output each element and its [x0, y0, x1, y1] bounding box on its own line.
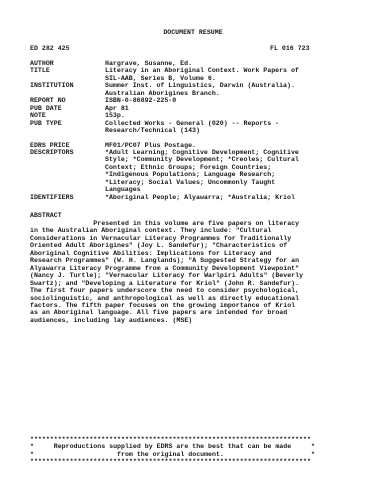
- field-value: *Literacy; Social Values; Uncommonly Tau…: [105, 179, 275, 186]
- field-value: 153p.: [105, 112, 125, 119]
- field-row-identifiers: IDENTIFIERS*Aboriginal People; Alyawarra…: [30, 194, 299, 201]
- field-label: DESCRIPTORS: [30, 149, 105, 156]
- abstract-line: (Nancy J. Turtle); "Vernacular Literacy …: [30, 272, 303, 279]
- field-row-pub-date: PUB DATEApr 81: [30, 105, 299, 112]
- field-label: [30, 186, 105, 193]
- footer-line: * from the original document. *: [30, 451, 315, 458]
- document-title: DOCUMENT RESUME: [0, 29, 386, 36]
- field-row-institution: INSTITUTIONSummer Inst. of Linguistics, …: [30, 82, 299, 89]
- abstract-label: ABSTRACT: [30, 212, 62, 219]
- field-value: Context; Ethnic Groups; Foreign Countrie…: [105, 164, 271, 171]
- section-gap: [30, 135, 299, 142]
- field-label: [30, 171, 105, 178]
- field-row-descriptors: *Literacy; Social Values; Uncommonly Tau…: [30, 179, 299, 186]
- abstract-line: Aboriginal Cognitive Abilities: Implicat…: [30, 250, 303, 257]
- field-label: PUB DATE: [30, 105, 105, 112]
- field-row-author: AUTHORHargrave, Susanne, Ed.: [30, 60, 299, 67]
- abstract-line: The first four papers underscore the nee…: [30, 287, 303, 294]
- abstract-line: Presented in this volume are five papers…: [30, 220, 303, 227]
- field-value: Literacy in an Aboriginal Context. Work …: [105, 67, 299, 74]
- abstract-line: Considerations in Vernacular Literacy Pr…: [30, 235, 303, 242]
- field-value: *Aboriginal People; Alyawarra; *Australi…: [105, 194, 295, 201]
- abstract-line: in the Australian Aboriginal context. Th…: [30, 227, 303, 234]
- abstract-line: as an Aboriginal language. All five pape…: [30, 309, 303, 316]
- fl-number: FL 016 723: [270, 45, 310, 52]
- ed-number: ED 282 425: [30, 45, 70, 52]
- abstract-line: audiences, including lay audiences. (MSE…: [30, 317, 303, 324]
- field-label: AUTHOR: [30, 60, 105, 67]
- field-row-descriptors: *Indigenous Populations; Language Resear…: [30, 171, 299, 178]
- field-value: Collected Works - General (020) -- Repor…: [105, 120, 279, 127]
- field-row-descriptors: Context; Ethnic Groups; Foreign Countrie…: [30, 164, 299, 171]
- field-row-title: SIL-AAB, Series B, Volume 6.: [30, 75, 299, 82]
- field-label: INSTITUTION: [30, 82, 105, 89]
- field-label: PUB TYPE: [30, 120, 105, 127]
- field-row-descriptors: DESCRIPTORS*Adult Learning; Cognitive De…: [30, 149, 299, 156]
- footer-line: ****************************************…: [30, 436, 315, 443]
- field-value: *Adult Learning; Cognitive Development; …: [105, 149, 299, 156]
- field-value: ISBN-0-86892-225-0: [105, 97, 176, 104]
- field-value: Languages: [105, 186, 141, 193]
- abstract-line: sociolinguistic, and anthropological as …: [30, 295, 303, 302]
- field-value: Summer Inst. of Linguistics, Darwin (Aus…: [105, 82, 295, 89]
- field-row-title: TITLELiteracy in an Aboriginal Context. …: [30, 67, 299, 74]
- field-label: EDRS PRICE: [30, 142, 105, 149]
- field-label: [30, 156, 105, 163]
- field-label: TITLE: [30, 67, 105, 74]
- field-value: SIL-AAB, Series B, Volume 6.: [105, 75, 216, 82]
- field-value: Style; *Community Development; *Creoles;…: [105, 156, 299, 163]
- footer-line: * Reproductions supplied by EDRS are the…: [30, 443, 315, 450]
- field-row-institution: Australian Aborigines Branch.: [30, 90, 299, 97]
- field-value: MF01/PC07 Plus Postage.: [105, 142, 196, 149]
- abstract-line: Swartz); and "Developing a Literature fo…: [30, 280, 303, 287]
- field-label: IDENTIFIERS: [30, 194, 105, 201]
- field-row-pub-type: Research/Technical (143): [30, 127, 299, 134]
- abstract-line: Oriented Adult Aborigines" (Joy L. Sande…: [30, 242, 303, 249]
- abstract-line: Alyawarra Literacy Programme from a Comm…: [30, 265, 303, 272]
- reproduction-notice: ****************************************…: [30, 436, 315, 466]
- field-label: [30, 179, 105, 186]
- field-value: Apr 81: [105, 105, 129, 112]
- field-label: [30, 164, 105, 171]
- footer-line: ****************************************…: [30, 458, 315, 465]
- field-label: [30, 90, 105, 97]
- metadata-fields: AUTHORHargrave, Susanne, Ed.TITLELiterac…: [30, 60, 299, 201]
- abstract-text: Presented in this volume are five papers…: [30, 220, 303, 324]
- field-row-report-no: REPORT NOISBN-0-86892-225-0: [30, 97, 299, 104]
- field-row-note: NOTE153p.: [30, 112, 299, 119]
- field-label: REPORT NO: [30, 97, 105, 104]
- field-label: NOTE: [30, 112, 105, 119]
- field-row-edrs-price: EDRS PRICEMF01/PC07 Plus Postage.: [30, 142, 299, 149]
- field-label: [30, 75, 105, 82]
- field-row-pub-type: PUB TYPECollected Works - General (020) …: [30, 120, 299, 127]
- abstract-line: Research Programmes" (W. H. Langlands); …: [30, 257, 303, 264]
- field-value: Hargrave, Susanne, Ed.: [105, 60, 192, 67]
- field-value: Research/Technical (143): [105, 127, 200, 134]
- abstract-line: factors. The fifth paper focuses on the …: [30, 302, 303, 309]
- field-value: Australian Aborigines Branch.: [105, 90, 220, 97]
- field-label: [30, 127, 105, 134]
- field-row-descriptors: Languages: [30, 186, 299, 193]
- field-value: *Indigenous Populations; Language Resear…: [105, 171, 275, 178]
- field-row-descriptors: Style; *Community Development; *Creoles;…: [30, 156, 299, 163]
